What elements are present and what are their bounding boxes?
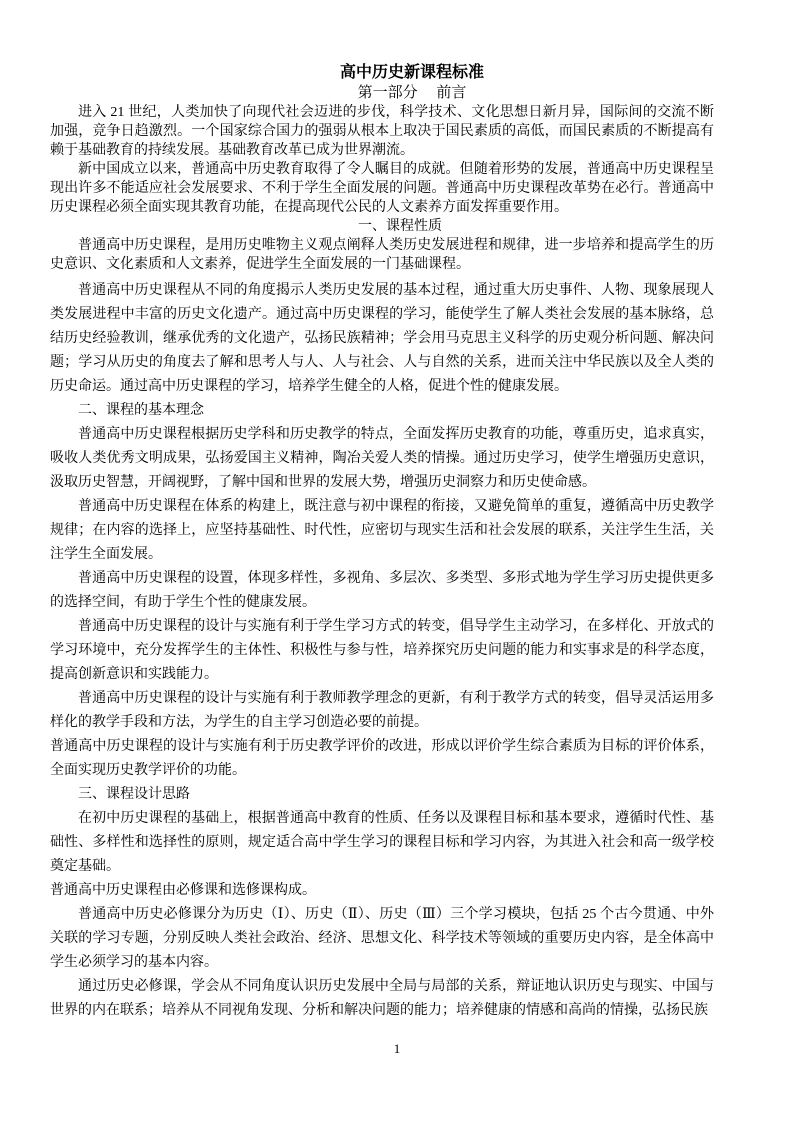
- para-design-4: 通过历史必修课，学会从不同角度认识历史发展中全局与局部的关系，辩证地认识历史与现…: [50, 975, 714, 1023]
- document-page: 高中历史新课程标准 第一部分 前言 进入 21 世纪，人类加快了向现代社会迈进的…: [0, 0, 794, 1123]
- para-nature-1: 普通高中历史课程，是用历史唯物主义观点阐释人类历史发展进程和规律，进一步培养和提…: [50, 236, 714, 274]
- para-design-2: 普通高中历史课程由必修课和选修课构成。: [50, 879, 714, 903]
- para-ideas-5: 普通高中历史课程的设计与实施有利于教师教学理念的更新，有利于教学方式的转变，倡导…: [50, 687, 714, 735]
- para-preface-1: 进入 21 世纪，人类加快了向现代社会迈进的步伐，科学技术、文化思想日新月异，国…: [50, 103, 714, 160]
- para-preface-2: 新中国成立以来，普通高中历史教育取得了令人瞩目的成就。但随着形势的发展，普通高中…: [50, 160, 714, 217]
- page-number: 1: [0, 1040, 794, 1058]
- para-design-1: 在初中历史课程的基础上，根据普通高中教育的性质、任务以及课程目标和基本要求，遵循…: [50, 807, 714, 879]
- section-subtitle: 第一部分 前言: [110, 83, 714, 103]
- heading-course-nature: 一、课程性质: [50, 217, 714, 236]
- para-nature-2: 普通高中历史课程从不同的角度揭示人类历史发展的基本过程，通过重大历史事件、人物、…: [50, 279, 714, 399]
- para-ideas-6: 普通高中历史课程的设计与实施有利于历史教学评价的改进，形成以评价学生综合素质为目…: [50, 735, 714, 783]
- heading-design-ideas: 三、课程设计思路: [50, 783, 714, 807]
- para-ideas-3: 普通高中历史课程的设置，体现多样性，多视角、多层次、多类型、多形式地为学生学习历…: [50, 567, 714, 615]
- para-ideas-2: 普通高中历史课程在体系的构建上，既注意与初中课程的衔接，又避免简单的重复，遵循高…: [50, 495, 714, 567]
- para-ideas-4: 普通高中历史课程的设计与实施有利于学生学习方式的转变，倡导学生主动学习，在多样化…: [50, 615, 714, 687]
- heading-basic-ideas: 二、课程的基本理念: [50, 399, 714, 423]
- document-header: 高中历史新课程标准 第一部分 前言: [50, 63, 714, 103]
- para-ideas-1: 普通高中历史课程根据历史学科和历史教学的特点，全面发挥历史教育的功能，尊重历史，…: [50, 423, 714, 495]
- para-design-3: 普通高中历史必修课分为历史（Ⅰ）、历史（Ⅱ）、历史（Ⅲ）三个学习模块，包括 25…: [50, 903, 714, 975]
- document-title: 高中历史新课程标准: [110, 63, 714, 83]
